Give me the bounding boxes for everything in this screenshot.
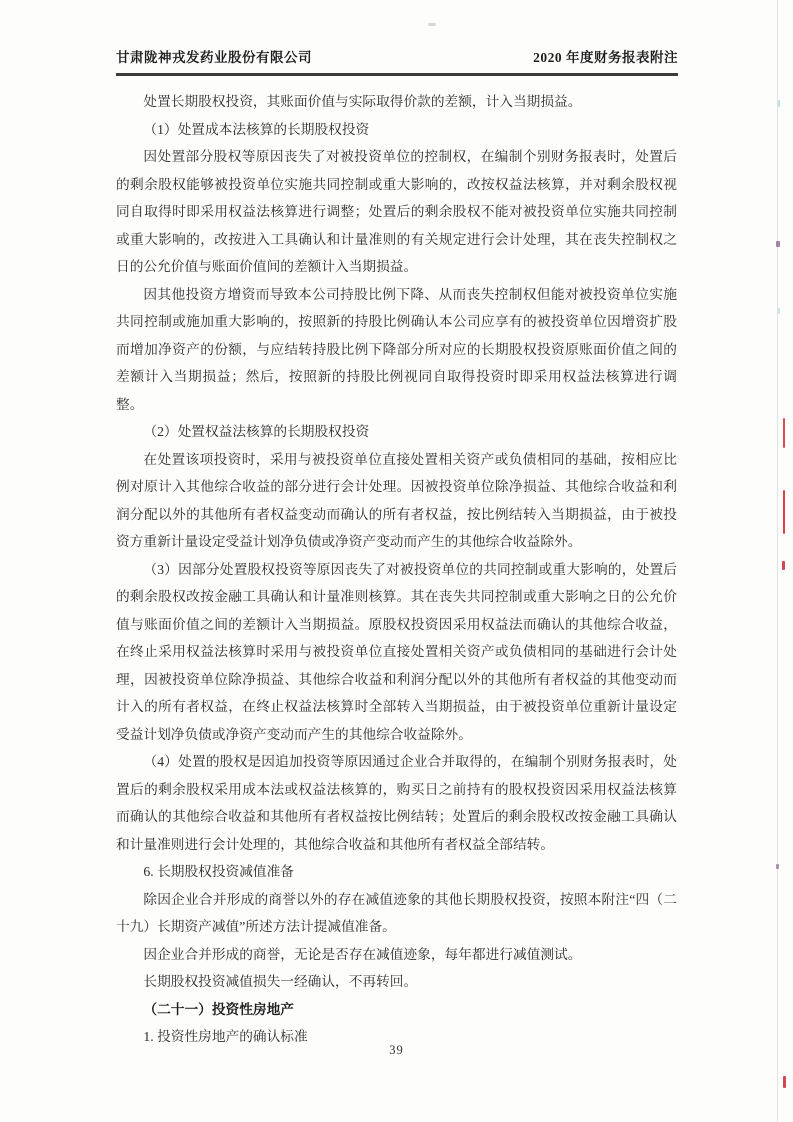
paragraph: （1）处置成本法核算的长期股权投资	[116, 116, 677, 144]
paragraph: 因处置部分股权等原因丧失了对被投资单位的控制权，在编制个别财务报表时，处置后的剩…	[116, 143, 677, 281]
scan-artifact-red	[782, 561, 785, 570]
paragraph: 因企业合并形成的商誉，无论是否存在减值迹象，每年都进行减值测试。	[116, 941, 677, 969]
paragraph: 除因企业合并形成的商誉以外的存在减值迹象的其他长期股权投资，按照本附注“四（二十…	[116, 886, 677, 941]
section-heading: （二十一）投资性房地产	[116, 996, 677, 1024]
paragraph: （2）处置权益法核算的长期股权投资	[116, 418, 677, 446]
company-name: 甘肃陇神戎发药业股份有限公司	[116, 46, 312, 66]
page-number: 39	[0, 1043, 793, 1058]
scan-smudge	[428, 23, 436, 26]
scan-artifact-cyan	[778, 308, 780, 314]
scan-artifact-red	[783, 418, 785, 448]
scan-artifact-purple	[776, 241, 780, 247]
scan-artifact-red	[783, 1076, 786, 1088]
paragraph: 6. 长期股权投资减值准备	[116, 858, 677, 886]
paragraph: 在处置该项投资时，采用与被投资单位直接处置相关资产或负债相同的基础，按相应比例对…	[116, 446, 677, 556]
scan-edge-line	[777, 0, 778, 1122]
document-body: 处置长期股权投资，其账面价值与实际取得价款的差额，计入当期损益。（1）处置成本法…	[116, 88, 677, 1051]
paragraph: 处置长期股权投资，其账面价值与实际取得价款的差额，计入当期损益。	[116, 88, 677, 116]
paragraph: 长期股权投资减值损失一经确认，不再转回。	[116, 968, 677, 996]
paragraph: （4）处置的股权是因追加投资等原因通过企业合并取得的，在编制个别财务报表时，处置…	[116, 748, 677, 858]
document-page: 甘肃陇神戎发药业股份有限公司 2020 年度财务报表附注 处置长期股权投资，其账…	[0, 0, 793, 1122]
scan-artifact-cyan	[778, 100, 780, 107]
report-title: 2020 年度财务报表附注	[533, 46, 678, 66]
paragraph: 因其他投资方增资而导致本公司持股比例下降、从而丧失控制权但能对被投资单位实施共同…	[116, 281, 677, 419]
paragraph: （3）因部分处置股权投资等原因丧失了对被投资单位的共同控制或重大影响的，处置后的…	[116, 556, 677, 749]
scan-artifact-red	[783, 490, 785, 534]
scan-artifact-purple	[776, 864, 779, 869]
page-header: 甘肃陇神戎发药业股份有限公司 2020 年度财务报表附注	[116, 46, 678, 76]
